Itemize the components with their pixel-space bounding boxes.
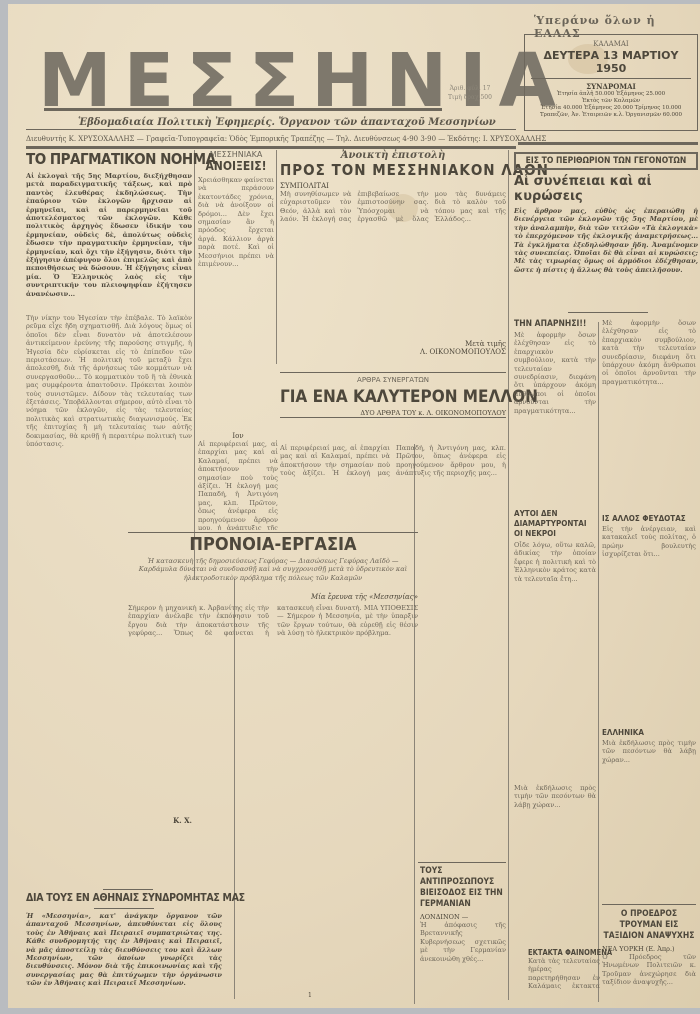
article-kicker: Ἀνοικτὴ ἐπιστολὴ [280, 150, 506, 161]
article-tin-aparnisi: ΤΗΝ ΑΠΑΡΝΗΣΙ!! Μὲ ἀφορμὴν ὅσων ἐλέχθησαν… [514, 319, 596, 501]
article-kalyteron-mellon: ΑΡΘΡΑ ΣΥΝΕΡΓΑΤΩΝ ΓΙΑ ΕΝΑ ΚΑΛΥΤΕΡΟΝ ΜΕΛΛΟ… [280, 376, 506, 418]
boxed-headline-box: ΕΙΣ ΤΟ ΠΕΡΙΘΩΡΙΟΝ ΤΩΝ ΓΕΓΟΝΟΤΩΝ [514, 152, 698, 170]
article-headline: Αἱ συνέπειαι καὶ αἱ κυρώσεις [514, 174, 698, 204]
article-byline: ΔΥΟ ΑΡΘΡΑ ΤΟΥ κ. Λ. ΟΙΚΟΝΟΜΟΠΟΥΛΟΥ [280, 409, 506, 418]
subscription-line: Ἐτησία ἁπλῆ 50.000 Ἑξάμηνος 25.000 [525, 91, 697, 98]
part-label: Ιον [198, 432, 278, 440]
article-synepeiai: Αἱ συνέπειαι καὶ αἱ κυρώσεις Εἰς ἄρθρον … [514, 174, 698, 329]
article-body: Ἡ ἀπόφασις τῆς Βρεταννικῆς Κυβερνήσεως σ… [420, 921, 506, 991]
masthead-title: ΜΕΣΣΗΝΙΑ [38, 44, 568, 118]
article-body: Μὴ συνηθίσωμεν νὰ εὐχαριστοῦμεν τὸν Θεόν… [280, 190, 506, 340]
article-headline: ΑΝΟΙΞΕΙΣ! [198, 159, 274, 173]
article-kalyteron-mellon-part: Ιον Αἱ περιφέρειαί μας, αἱ ἐπαρχίαι μας … [198, 432, 278, 530]
article-body: Οἶδε λόγω, οὕτω καλῶ, ἀδικίας τὴν ὁποίαν… [514, 541, 596, 801]
article-body: Εἰς ἄρθρον μας, εὐθὺς ὡς ἐπεραιώθη ἡ διε… [514, 207, 698, 329]
masthead-subtitle: Ἑβδομαδιαία Πολιτικὴ Ἐφημερίς. Ὄργανον τ… [78, 117, 496, 128]
article-nekroi: ΑΥΤΟΙ ΔΕΝ ΔΙΑΜΑΡΤΥΡΟΝΤΑΙ ΟΙ ΝΕΚΡΟΙ Οἶδε … [514, 509, 596, 801]
subscriptions-heading: ΣΥΝΔΡΟΜΑΙ [525, 82, 697, 91]
article-trouman: Ο ΠΡΟΕΔΡΟΣ ΤΡΟΥΜΑΝ ΕΙΣ ΤΑΞΙΔΙΟΝ ΑΝΑΨΥΧΗΣ… [602, 909, 696, 987]
section-label: ΑΡΘΡΑ ΣΥΝΕΡΓΑΤΩΝ [280, 376, 506, 384]
article-dateline: ΛΟΝΔΙΝΟΝ — [420, 913, 506, 921]
article-headline: ΠΡΟΝΟΙΑ-ΕΡΓΑΣΙΑ [128, 534, 418, 555]
article-signature: Λ. ΟΙΚΟΝΟΜΟΠΟΥΛΟΣ [280, 348, 506, 356]
article-headline: Ο ΠΡΟΕΔΡΟΣ ΤΡΟΥΜΑΝ ΕΙΣ ΤΑΞΙΔΙΟΝ ΑΝΑΨΥΧΗΣ [602, 909, 696, 942]
article-headline: ΠΡΟΣ ΤΟΝ ΜΕΣΣΗΝΙΑΚΟΝ ΛΑΟΝ [280, 161, 506, 179]
city-label: ΚΑΛΑΜΑΙ [525, 40, 697, 48]
article-body: Αἱ ἐκλογαὶ τῆς 5ης Μαρτίου, διεξήχθησαν … [26, 172, 192, 312]
article-headline: ΤΗΝ ΑΠΑΡΝΗΣΙ!! [514, 319, 596, 329]
article-body-continued: Αἱ περιφέρειαί μας, αἱ ἐπαρχίαι μας καὶ … [280, 444, 506, 529]
article-messiniaka: ΜΕΣΣΗΝΙΑΚΑ ΑΝΟΙΞΕΙΣ! Χρειάσθηκαν φαίνετα… [198, 150, 274, 376]
article-anoikti-epistoli: Ἀνοικτὴ ἐπιστολὴ ΠΡΟΣ ΤΟΝ ΜΕΣΣΗΝΙΑΚΟΝ ΛΑ… [280, 150, 506, 356]
article-headline: ΔΙΑ ΤΟΥΣ ΕΝ ΑΘΗΝΑΙΣ ΣΥΝΔΡΟΜΗΤΑΣ ΜΑΣ [26, 892, 222, 904]
article-body-continued: Μὲ ἀφορμὴν ὅσων ἐλέχθησαν εἰς τὸ ἐπαρχια… [602, 319, 696, 509]
issue-date: ΔΕΥΤΕΡΑ 13 ΜΑΡΤΙΟΥ 1950 [531, 49, 691, 79]
boxed-headline: ΕΙΣ ΤΟ ΠΕΡΙΘΩΡΙΟΝ ΤΩΝ ΓΕΓΟΝΟΤΩΝ [516, 154, 696, 168]
article-deck: Ἡ κατασκευὴ τῆς δημοσιεύσεως Γεφύρας — Δ… [128, 557, 418, 591]
article-body: Μιὰ ἐκδήλωσις πρὸς τιμὴν τῶν πεσόντων θὰ… [514, 784, 596, 934]
article-body: Εἰς τὴν ἀνέργειαν, καὶ κατακαλεῖ τοὺς πο… [602, 525, 696, 730]
article-body: Ἡ «Μεσσηνία», κατ' ἀνάγκην ὄργανον τῶν ἁ… [26, 912, 222, 992]
article-misc: ΕΛΛΗΝΙΚΑ Μιὰ ἐκδήλωσις πρὸς τιμὴν τῶν πε… [602, 728, 696, 839]
newspaper-page: Ὑπεράνω ὅλων ἡ ΕΛΛΑΣ ΜΕΣΣΗΝΙΑ Ἀριθ. φύλ.… [8, 4, 700, 1008]
article-headline: ΤΟΥΣ ΑΝΤΙΠΡΟΣΩΠΟΥΣ ΒΙΕΙΣΟΔΟΣ ΕΙΣ ΤΗΝ ΓΕΡ… [420, 866, 506, 910]
subscription-line: Ἐκτὸς τῶν Καλαμῶν [525, 98, 697, 105]
subscription-line: Ἐτησία 40.000 Ἑξάμηνος 20.000 Τρίμηνος 1… [525, 105, 697, 112]
signature-lead: Μετὰ τιμῆς [280, 340, 506, 348]
article-headline: ΤΟ ΠΡΑΓΜΑΤΙΚΟΝ ΝΟΗΜΑ [26, 150, 192, 168]
article-allos-pseudotas: ΙΣ ΑΛΛΟΣ ΦΕΥΔΟΤΑΣ Εἰς τὴν ἀνέργειαν, καὶ… [602, 514, 696, 730]
article-body: Αἱ περιφέρειαί μας, αἱ ἐπαρχίαι μας καὶ … [198, 440, 278, 530]
subscription-line: Τραπεζῶν, Ἀν. Ἑταιρειῶν κ.λ. Ὀργανισμῶν … [525, 112, 697, 119]
article-ektakta-fainomena: ΕΚΤΑΚΤΑ ΦΑΙΝΟΜΕΝΑ Κατὰ τὰς τελευταίας ἡμ… [528, 948, 600, 989]
article-body: Μὲ ἀφορμὴν ὅσων ἐλέχθησαν εἰς τὸ ἐπαρχια… [514, 331, 596, 501]
article-headline: ΙΣ ΑΛΛΟΣ ΦΕΥΔΟΤΑΣ [602, 514, 696, 523]
article-byline: Μία ἔρευνα τῆς «Μεσσηνίας» [128, 593, 418, 601]
article-athinai-syndromites: ΔΙΑ ΤΟΥΣ ΕΝ ΑΘΗΝΑΙΣ ΣΥΝΔΡΟΜΗΤΑΣ ΜΑΣ Ἡ «Μ… [26, 892, 222, 992]
issue-number: Ἀριθ. φύλ. 17 [448, 84, 492, 93]
article-lead: ΣΥΜΠΟΛΙΤΑΙ [280, 182, 506, 190]
page-number: 1 [308, 992, 312, 999]
issue-price: Ἀριθ. φύλ. 17 Τιμὴ δραχ.500 [448, 84, 492, 102]
article-misc-2: Μιὰ ἐκδήλωσις πρὸς τιμὴν τῶν πεσόντων θὰ… [514, 784, 596, 934]
article-body: Κατὰ τὰς τελευταίας ἡμέρας παρετηρήθησαν… [528, 957, 600, 989]
article-headline: ΕΛΛΗΝΙΚΑ [602, 728, 696, 737]
article-headline: ΑΥΤΟΙ ΔΕΝ ΔΙΑΜΑΡΤΥΡΟΝΤΑΙ ΟΙ ΝΕΚΡΟΙ [514, 509, 596, 539]
section-label: ΜΕΣΣΗΝΙΑΚΑ [198, 150, 274, 159]
article-headline: ΓΙΑ ΕΝΑ ΚΑΛΥΤΕΡΟΝ ΜΕΛΛΟΝ [280, 387, 506, 407]
date-box: ΚΑΛΑΜΑΙ ΔΕΥΤΕΡΑ 13 ΜΑΡΤΙΟΥ 1950 ΣΥΝΔΡΟΜΑ… [524, 34, 698, 131]
article-germania: ΤΟΥΣ ΑΝΤΙΠΡΟΣΩΠΟΥΣ ΒΙΕΙΣΟΔΟΣ ΕΙΣ ΤΗΝ ΓΕΡ… [420, 866, 506, 991]
masthead-credits: Διευθυντὴς Κ. ΧΡΥΣΟΧΑΛΛΗΣ — Γραφεῖα-Τυπο… [26, 135, 546, 143]
article-headline: ΕΚΤΑΚΤΑ ΦΑΙΝΟΜΕΝΑ [528, 948, 600, 957]
article-dateline: ΝΕΑ ΥΟΡΚΗ (Ε. Ἀπρ.) [602, 945, 696, 953]
article-body: Χρειάσθηκαν φαίνεται νὰ περάσουν ἑκατοντ… [198, 176, 274, 376]
article-body: Ὁ Πρόεδρος τῶν Ἡνωμένων Πολιτειῶν κ. Τρο… [602, 953, 696, 987]
article-body: Μιὰ ἐκδήλωσις πρὸς τιμὴν τῶν πεσόντων θὰ… [602, 739, 696, 839]
price-label: Τιμὴ δραχ.500 [448, 93, 492, 102]
